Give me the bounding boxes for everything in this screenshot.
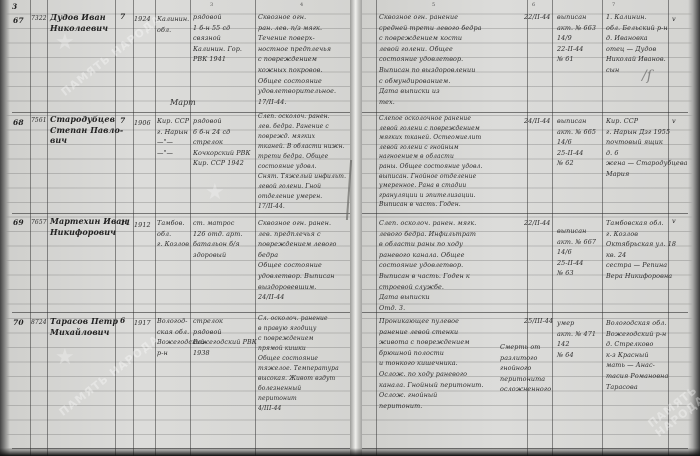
relatives-address: Вологодская обл. Вожегодский р-н д. Стре… (606, 318, 668, 392)
cause-of-death: Смерть от разлитого гнойного перитонита … (500, 342, 551, 395)
left-page: 3 3 4 Март 67 7322 Дудов Иван Николаевич… (0, 0, 352, 456)
diagnosis: Сквозное огн. ран. лев. п/з мягк. Течени… (258, 12, 336, 107)
origin: Калинин. обл. (157, 14, 189, 35)
margin-mark: v (672, 216, 676, 227)
military-unit: рядовой 1 б-н 55 сд связной Калинин. Гор… (193, 12, 242, 65)
entry-number: 69 (13, 218, 24, 229)
outcome: выписан акт. № 667 14/6 25-II-44 № 63 (557, 226, 596, 279)
admission-notes: Слепое осколочное ранение левой голени с… (379, 114, 482, 210)
column-number: 7 (612, 2, 615, 8)
rank-code: 11 (120, 218, 131, 229)
patient-name: Стародубцев Степан Павло- вич (50, 114, 123, 146)
registration-number: 8724 (31, 318, 47, 329)
watermark-star-icon: ★ (55, 30, 75, 55)
column-number: 6 (532, 2, 535, 8)
margin-mark: v (672, 14, 676, 25)
registration-number: 7657 (31, 218, 47, 229)
military-unit: ст. матрос 126 отд. арт. батальон б/я зд… (193, 218, 243, 260)
relatives-address: Тамбовская обл. г. Козлов Октябрьская ул… (606, 218, 676, 282)
column-number: 5 (432, 2, 435, 8)
admission-notes: Проникающее пулевое ранение левой стенки… (379, 316, 484, 411)
military-unit: стрелок рядовой Вожегодский РВК 1938 (193, 316, 257, 358)
origin: Кир. ССР г. Нарын —"— —"— (157, 116, 189, 158)
registration-number: 7561 (31, 116, 47, 127)
origin: Тамбов. обл. г. Козлов (157, 218, 189, 250)
register-spread: 3 3 4 Март 67 7322 Дудов Иван Николаевич… (0, 0, 700, 456)
patient-name: Мартехин Иван Никифорович (50, 216, 128, 237)
entry-number: 70 (13, 318, 24, 329)
column-number: 4 (300, 2, 303, 8)
column-number: 3 (210, 2, 213, 8)
relatives-address: 1. Калинин. обл. Бельский р-н д. Ивановк… (606, 12, 668, 76)
page-bottom-shadow (0, 448, 700, 456)
rank-code: 7 (120, 116, 125, 127)
patient-name: Тарасов Петр Михайлович (50, 316, 118, 337)
diagnosis: Слеп. осколоч. ранен. лев. бедра. Ранени… (258, 112, 346, 212)
entry-number: 67 (13, 16, 24, 27)
watermark-star-icon: ★ (55, 345, 75, 370)
admission-notes: Слеп. осколоч. ранен. мягк. левого бедра… (379, 218, 476, 313)
margin-mark: v (672, 116, 676, 127)
outcome: выписан акт. № 665 14/6 25-II-44 № 62 (557, 116, 596, 169)
military-unit: рядовой 6 б-н 24 сд стрелок Кочкорский Р… (193, 116, 251, 169)
diagnosis: Сквозное огн. ранен. лев. предплечья с п… (258, 218, 352, 303)
admission-date: 22/II-44 (524, 218, 550, 229)
admission-date: 24/II-44 (524, 116, 550, 127)
birth-year: 1912 (134, 220, 151, 231)
entry-number: 68 (13, 118, 24, 129)
rank-code: 7 (120, 12, 125, 23)
admission-date: 25/III-44 (524, 316, 553, 327)
page-corner-mark: 3 (12, 2, 17, 13)
admission-date: 22/II-44 (524, 12, 550, 23)
birth-year: 1917 (134, 318, 151, 329)
birth-year: 1906 (134, 118, 151, 129)
outcome: умер акт. № 471 142 № 64 (557, 318, 596, 360)
watermark-star-icon: ★ (205, 180, 225, 205)
diagnosis: Сл. осколоч. ранение в правую ягодицу с … (258, 314, 339, 414)
page-edge-left (0, 0, 10, 456)
month-marker: Март (170, 98, 196, 107)
admission-notes: Сквозное огн. ранение средней трети лево… (379, 12, 482, 107)
registration-number: 7322 (31, 14, 47, 25)
signature: /ſ (642, 68, 652, 84)
rank-code: 6 (120, 316, 125, 327)
right-page: 5 6 7 Сквозное огн. ранение средней трет… (362, 0, 700, 456)
outcome: выписан акт. № 663 14/9 22-II-44 № 61 (557, 12, 596, 65)
